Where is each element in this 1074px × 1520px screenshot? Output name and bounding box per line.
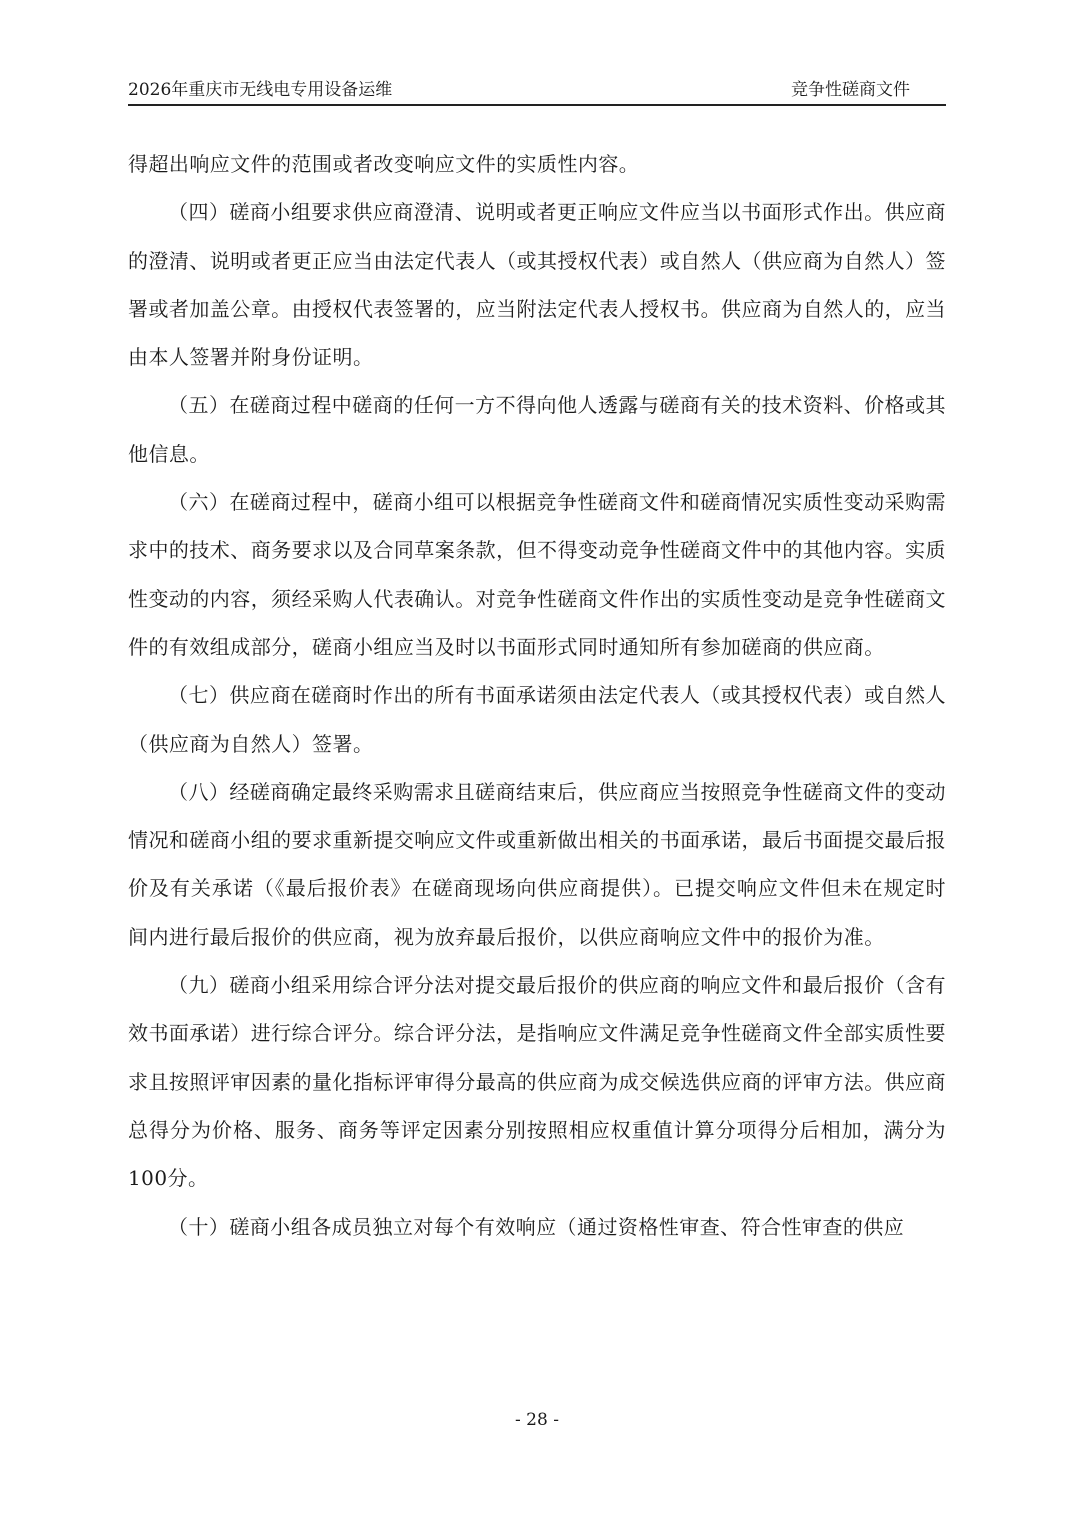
page-number: - 28 - <box>0 1408 1074 1432</box>
page-header: 2026年重庆市无线电专用设备运维 竞争性磋商文件 <box>128 74 946 106</box>
paragraph-item-6: （六）在磋商过程中，磋商小组可以根据竞争性磋商文件和磋商情况实质性变动采购需求中… <box>128 478 946 671</box>
paragraph-item-7: （七）供应商在磋商时作出的所有书面承诺须由法定代表人（或其授权代表）或自然人（供… <box>128 671 946 768</box>
paragraph-item-5: （五）在磋商过程中磋商的任何一方不得向他人透露与磋商有关的技术资料、价格或其他信… <box>128 381 946 478</box>
document-body: 得超出响应文件的范围或者改变响应文件的实质性内容。 （四）磋商小组要求供应商澄清… <box>128 140 946 1251</box>
paragraph-item-8: （八）经磋商确定最终采购需求且磋商结束后，供应商应当按照竞争性磋商文件的变动情况… <box>128 768 946 961</box>
paragraph-item-4: （四）磋商小组要求供应商澄清、说明或者更正响应文件应当以书面形式作出。供应商的澄… <box>128 188 946 381</box>
paragraph-item-10: （十）磋商小组各成员独立对每个有效响应（通过资格性审查、符合性审查的供应 <box>128 1203 946 1251</box>
header-document-title: 2026年重庆市无线电专用设备运维 <box>128 78 392 102</box>
paragraph-continuation: 得超出响应文件的范围或者改变响应文件的实质性内容。 <box>128 140 946 188</box>
paragraph-item-9: （九）磋商小组采用综合评分法对提交最后报价的供应商的响应文件和最后报价（含有效书… <box>128 961 946 1202</box>
header-document-type: 竞争性磋商文件 <box>791 78 946 102</box>
